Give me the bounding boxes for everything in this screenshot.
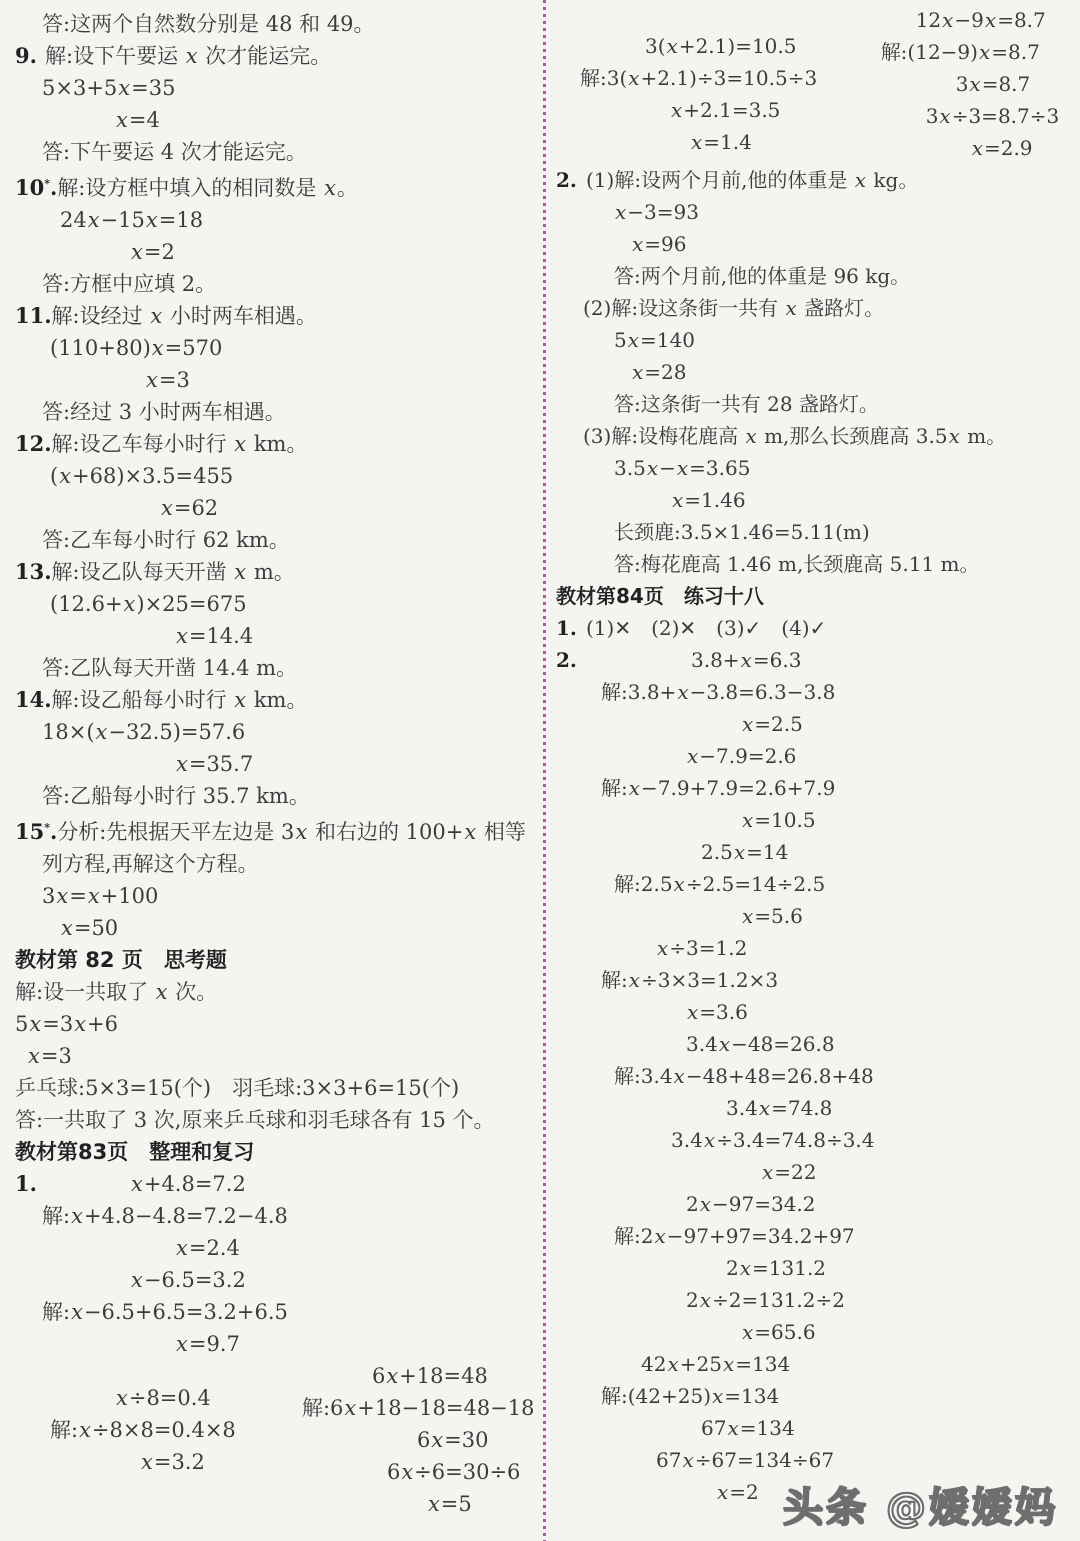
numbered-line: 13.解:设乙队每天开凿 x m。 xyxy=(15,556,541,588)
answer-line: 答:这条街一共有 28 盏路灯。 xyxy=(556,388,1073,420)
problem-number: 11. xyxy=(15,300,52,332)
equation-line: x=4 xyxy=(15,104,541,136)
line-text: 解:设乙车每小时行 x km。 xyxy=(52,432,308,456)
equation-line: (12.6+x)×25=675 xyxy=(15,588,541,620)
problem-number: 13. xyxy=(15,556,52,588)
line-text: 解:设下午要运 x 次才能运完。 xyxy=(45,44,331,68)
equation-group-right: 12x−9x=8.7解:(12−9)x=8.73x=8.73x÷3=8.7÷3x… xyxy=(851,4,1073,164)
equation-line: 5x=140 xyxy=(556,324,1073,356)
line-text: x+4.8=7.2 xyxy=(130,1172,246,1196)
solution-line: 解:3.4x−48+48=26.8+48 xyxy=(556,1060,1073,1092)
answer-line: 答:两个月前,他的体重是 96 kg。 xyxy=(556,260,1073,292)
equation-line: x=3.6 xyxy=(556,996,1073,1028)
problem-number: 14. xyxy=(15,684,52,716)
line-text: 解:设乙船每小时行 x km。 xyxy=(52,688,308,712)
column-divider xyxy=(543,0,546,1541)
answer-line: 答:一共取了 3 次,原来乒乓球和羽毛球各有 15 个。 xyxy=(15,1104,541,1136)
equation-line: (3)解:设梅花鹿高 x m,那么长颈鹿高 3.5x m。 xyxy=(556,420,1073,452)
equation-line: 6x÷6=30÷6 xyxy=(302,1456,541,1488)
equation-line: (2)解:设这条街一共有 x 盏路灯。 xyxy=(556,292,1073,324)
equation-line: x÷8=0.4 xyxy=(50,1382,257,1414)
equation-line: x=2.5 xyxy=(556,708,1073,740)
answer-line: 答:经过 3 小时两车相遇。 xyxy=(15,396,541,428)
watermark: 头条 @嫒嫒妈 xyxy=(783,1476,1058,1533)
solution-line: 解:(42+25)x=134 xyxy=(556,1380,1073,1412)
equation-line: 3x÷3=8.7÷3 xyxy=(881,100,1073,132)
equation-line: 67x=134 xyxy=(556,1412,1073,1444)
problem-number: 1. xyxy=(15,1168,45,1200)
equation-line: 42x+25x=134 xyxy=(556,1348,1073,1380)
equation-line: 6x=30 xyxy=(302,1424,541,1456)
equation-line: 3(x+2.1)=10.5 xyxy=(580,30,851,62)
equation-line: x=35.7 xyxy=(15,748,541,780)
numbered-line: 1.x+4.8=7.2 xyxy=(15,1168,541,1200)
numbered-line: 11.解:设经过 x 小时两车相遇。 xyxy=(15,300,541,332)
answer-line: 答:乙队每天开凿 14.4 m。 xyxy=(15,652,541,684)
answer-line: 答:乙船每小时行 35.7 km。 xyxy=(15,780,541,812)
page: 答:这两个自然数分别是 48 和 49。9.解:设下午要运 x 次才能运完。5×… xyxy=(0,0,1080,1541)
equation-line: x=65.6 xyxy=(556,1316,1073,1348)
solution-line: 解:(12−9)x=8.7 xyxy=(881,36,1073,68)
equation-line: x=2.4 xyxy=(15,1232,541,1264)
problem-number: 12. xyxy=(15,428,52,460)
equation-line: x=96 xyxy=(556,228,1073,260)
solution-line: 解:3(x+2.1)÷3=10.5÷3 xyxy=(580,62,851,94)
equation-line: x=22 xyxy=(556,1156,1073,1188)
equation-line: x=1.4 xyxy=(580,126,851,158)
problem-number: 2. xyxy=(556,644,586,676)
equation-line: x=10.5 xyxy=(556,804,1073,836)
solution-line: 解:x−6.5+6.5=3.2+6.5 xyxy=(15,1296,541,1328)
left-column: 答:这两个自然数分别是 48 和 49。9.解:设下午要运 x 次才能运完。5×… xyxy=(15,8,541,1520)
problem-number: 9. xyxy=(15,40,45,72)
answer-line: 答:下午要运 4 次才能运完。 xyxy=(15,136,541,168)
right-column: 3(x+2.1)=10.5解:3(x+2.1)÷3=10.5÷3x+2.1=3.… xyxy=(556,4,1073,1508)
line-text: 分析:先根据天平左边是 3x 和右边的 100+x 相等 xyxy=(57,820,526,844)
equation-line: 2x−97=34.2 xyxy=(556,1188,1073,1220)
dual-equation-section: x÷8=0.4解:x÷8×8=0.4×8x=3.26x+18=48解:6x+18… xyxy=(15,1360,541,1520)
line-text: (1)解:设两个月前,他的体重是 x kg。 xyxy=(586,168,918,192)
problem-number: 2. xyxy=(556,164,586,196)
section-header: 教材第83页 整理和复习 xyxy=(15,1136,541,1168)
equation-line: 3.4x=74.8 xyxy=(556,1092,1073,1124)
equation-line: x+2.1=3.5 xyxy=(580,94,851,126)
equation-line: x=14.4 xyxy=(15,620,541,652)
equation-line: 3.5x−x=3.65 xyxy=(556,452,1073,484)
dual-equation-section: 3(x+2.1)=10.5解:3(x+2.1)÷3=10.5÷3x+2.1=3.… xyxy=(556,4,1073,164)
equation-line: 乒乓球:5×3=15(个) 羽毛球:3×3+6=15(个) xyxy=(15,1072,541,1104)
line-text: (1)✕ (2)✕ (3)✓ (4)✓ xyxy=(586,616,826,640)
equation-line: x=28 xyxy=(556,356,1073,388)
equation-line: x=2 xyxy=(15,236,541,268)
problem-number: 15*. xyxy=(15,812,57,848)
equation-line: (110+80)x=570 xyxy=(15,332,541,364)
equation-line: 18×(x−32.5)=57.6 xyxy=(15,716,541,748)
numbered-line: 14.解:设乙船每小时行 x km。 xyxy=(15,684,541,716)
equation-line: x=5.6 xyxy=(556,900,1073,932)
answer-line: 答:乙车每小时行 62 km。 xyxy=(15,524,541,556)
answer-line: 答:方框中应填 2。 xyxy=(15,268,541,300)
equation-line: x=5 xyxy=(302,1488,541,1520)
section-header: 教材第84页 练习十八 xyxy=(556,580,1073,612)
equation-line: x=50 xyxy=(15,912,541,944)
equation-line: 67x÷67=134÷67 xyxy=(556,1444,1073,1476)
equation-line: 12x−9x=8.7 xyxy=(881,4,1073,36)
equation-line: x=3 xyxy=(15,364,541,396)
equation-line: 3.4x−48=26.8 xyxy=(556,1028,1073,1060)
numbered-line: 2.(1)解:设两个月前,他的体重是 x kg。 xyxy=(556,164,1073,196)
equation-line: x=3.2 xyxy=(50,1446,257,1478)
equation-line: 长颈鹿:3.5×1.46=5.11(m) xyxy=(556,516,1073,548)
equation-line: 24x−15x=18 xyxy=(15,204,541,236)
solution-line: 解:x−7.9+7.9=2.6+7.9 xyxy=(556,772,1073,804)
equation-group-right: 6x+18=48解:6x+18−18=48−186x=306x÷6=30÷6x=… xyxy=(257,1360,541,1520)
problem-number: 1. xyxy=(556,612,586,644)
answer-line: 答:梅花鹿高 1.46 m,长颈鹿高 5.11 m。 xyxy=(556,548,1073,580)
equation-line: 2x=131.2 xyxy=(556,1252,1073,1284)
section-header: 教材第 82 页 思考题 xyxy=(15,944,541,976)
equation-line: 6x+18=48 xyxy=(302,1360,541,1392)
solution-line: 解:2x−97+97=34.2+97 xyxy=(556,1220,1073,1252)
line-text: 解:设方框中填入的相同数是 x。 xyxy=(57,176,358,200)
numbered-line: 15*.分析:先根据天平左边是 3x 和右边的 100+x 相等 xyxy=(15,812,541,848)
equation-line: x÷3=1.2 xyxy=(556,932,1073,964)
solution-line: 解:6x+18−18=48−18 xyxy=(302,1392,541,1424)
line-text: 解:设经过 x 小时两车相遇。 xyxy=(52,304,317,328)
equation-line: 3x=x+100 xyxy=(15,880,541,912)
equation-line: 2x÷2=131.2÷2 xyxy=(556,1284,1073,1316)
equation-line: 5×3+5x=35 xyxy=(15,72,541,104)
numbered-line: 10*.解:设方框中填入的相同数是 x。 xyxy=(15,168,541,204)
equation-line: x=1.46 xyxy=(556,484,1073,516)
equation-line: 3x=8.7 xyxy=(881,68,1073,100)
numbered-line: 2.3.8+x=6.3 xyxy=(556,644,1073,676)
equation-line: 3.4x÷3.4=74.8÷3.4 xyxy=(556,1124,1073,1156)
equation-line: x−6.5=3.2 xyxy=(15,1264,541,1296)
numbered-line: 12.解:设乙车每小时行 x km。 xyxy=(15,428,541,460)
equation-line: 5x=3x+6 xyxy=(15,1008,541,1040)
equation-line: x=3 xyxy=(15,1040,541,1072)
line-text: 3.8+x=6.3 xyxy=(691,648,801,672)
equation-group-left: 3(x+2.1)=10.5解:3(x+2.1)÷3=10.5÷3x+2.1=3.… xyxy=(556,4,851,158)
line-text: 解:设乙队每天开凿 x m。 xyxy=(52,560,295,584)
numbered-line: 9.解:设下午要运 x 次才能运完。 xyxy=(15,40,541,72)
equation-line: x−7.9=2.6 xyxy=(556,740,1073,772)
equation-line: 列方程,再解这个方程。 xyxy=(15,848,541,880)
numbered-line: 1.(1)✕ (2)✕ (3)✓ (4)✓ xyxy=(556,612,1073,644)
equation-line: 2.5x=14 xyxy=(556,836,1073,868)
equation-group-left: x÷8=0.4解:x÷8×8=0.4×8x=3.2 xyxy=(15,1360,257,1478)
equation-line: x=62 xyxy=(15,492,541,524)
solution-line: 解:设一共取了 x 次。 xyxy=(15,976,541,1008)
answer-line: 答:这两个自然数分别是 48 和 49。 xyxy=(15,8,541,40)
equation-line: x=2.9 xyxy=(881,132,1073,164)
solution-line: 解:3.8+x−3.8=6.3−3.8 xyxy=(556,676,1073,708)
equation-line: x=9.7 xyxy=(15,1328,541,1360)
problem-number: 10*. xyxy=(15,168,57,204)
solution-line: 解:x÷3×3=1.2×3 xyxy=(556,964,1073,996)
equation-line: x−3=93 xyxy=(556,196,1073,228)
equation-line: (x+68)×3.5=455 xyxy=(15,460,541,492)
solution-line: 解:x+4.8−4.8=7.2−4.8 xyxy=(15,1200,541,1232)
solution-line: 解:x÷8×8=0.4×8 xyxy=(50,1414,257,1446)
solution-line: 解:2.5x÷2.5=14÷2.5 xyxy=(556,868,1073,900)
